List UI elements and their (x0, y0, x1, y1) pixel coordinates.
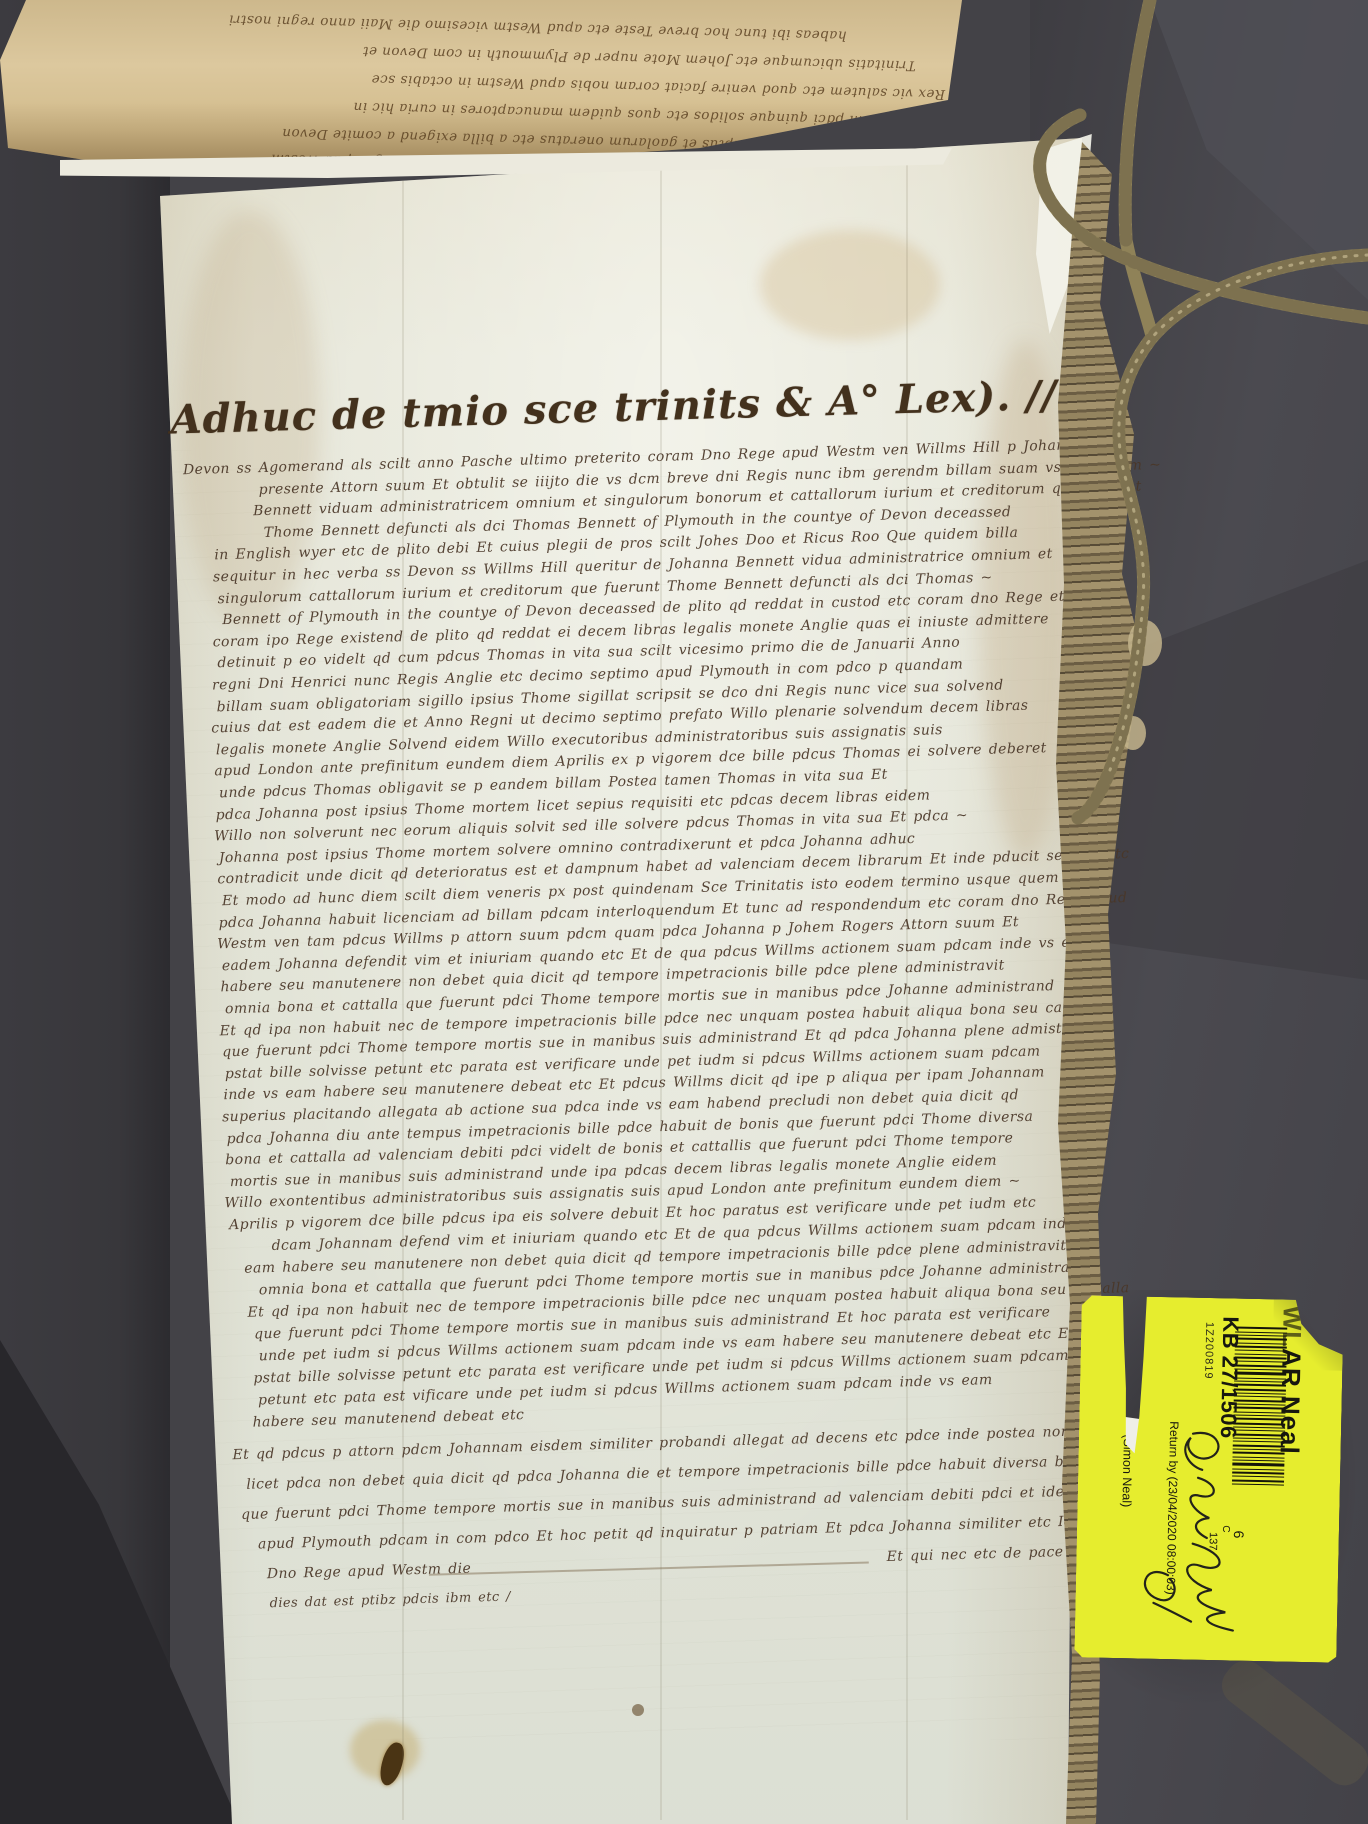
label-code: 1Z200819 (1202, 1322, 1215, 1380)
archive-label: WLAR Neal KB 27/1506 1Z200819 Return by … (1074, 1295, 1344, 1666)
spine-lump (1128, 620, 1162, 666)
spine-lump (1120, 716, 1146, 750)
manuscript-line: habere seu manutenend debeat etc (252, 1407, 524, 1431)
label-reference: KB 27/1506 (1215, 1316, 1244, 1439)
photo-stage: Adhuc de tmio sce trinits & A° Lex). // … (0, 0, 1368, 1824)
label-requested-by: (Simon Neal) (1119, 1434, 1135, 1507)
handwritten-scrawl (1130, 1424, 1255, 1651)
archive-label-face: WLAR Neal KB 27/1506 1Z200819 Return by … (1074, 1295, 1344, 1662)
